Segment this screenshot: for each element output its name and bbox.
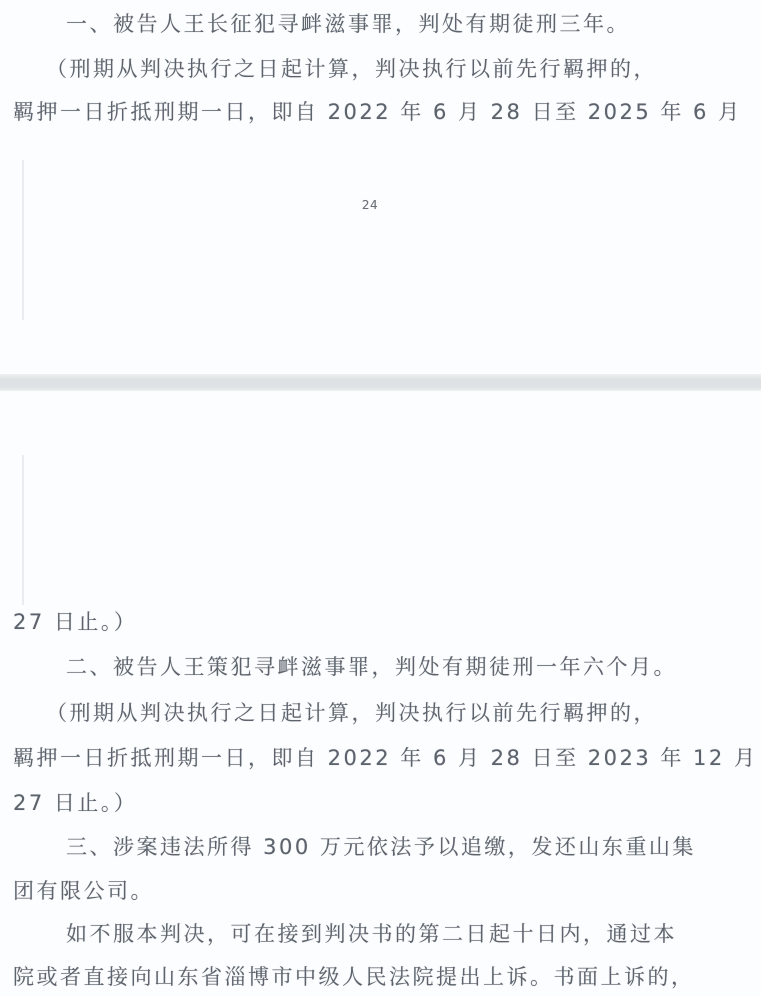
- judgment-line-forfeiture: 三、涉案违法所得 300 万元依法予以追缴，发还山东重山集: [66, 831, 696, 861]
- judgment-line-date-end-2: 27 日止。）: [13, 787, 137, 817]
- judgment-line-detention-dates-1: 羁押一日折抵刑期一日，即自 2022 年 6 月 28 日至 2025 年 6 …: [13, 96, 742, 126]
- judgment-line-forfeiture-cont: 团有限公司。: [13, 875, 154, 905]
- scan-edge-artifact: [22, 455, 24, 605]
- scanned-page-top: 一、被告人王长征犯寻衅滋事罪，判处有期徒刑三年。 （刑期从判决执行之日起计算，判…: [0, 0, 761, 374]
- page-number: 24: [0, 198, 740, 212]
- page-break-separator: [0, 374, 761, 391]
- judgment-line-sentence-2: 二、被告人王策犯寻衅滋事罪，判处有期徒刑一年六个月。: [66, 651, 677, 681]
- scan-edge-artifact: [22, 160, 24, 320]
- judgment-line-appeal-notice-cont: 院或者直接向山东省淄博市中级人民法院提出上诉。书面上诉的，: [13, 961, 695, 991]
- judgment-line-term-note-2: （刑期从判决执行之日起计算，判决执行以前先行羁押的，: [46, 697, 657, 727]
- judgment-line-date-end-1: 27 日止。）: [13, 606, 137, 636]
- judgment-line-detention-dates-2: 羁押一日折抵刑期一日，即自 2022 年 6 月 28 日至 2023 年 12…: [13, 742, 757, 772]
- judgment-line-term-note-1: （刑期从判决执行之日起计算，判决执行以前先行羁押的，: [46, 53, 657, 83]
- judgment-line-sentence-1: 一、被告人王长征犯寻衅滋事罪，判处有期徒刑三年。: [66, 8, 630, 38]
- judgment-line-appeal-notice: 如不服本判决，可在接到判决书的第二日起十日内，通过本: [66, 918, 677, 948]
- scanned-page-bottom: [0, 391, 761, 996]
